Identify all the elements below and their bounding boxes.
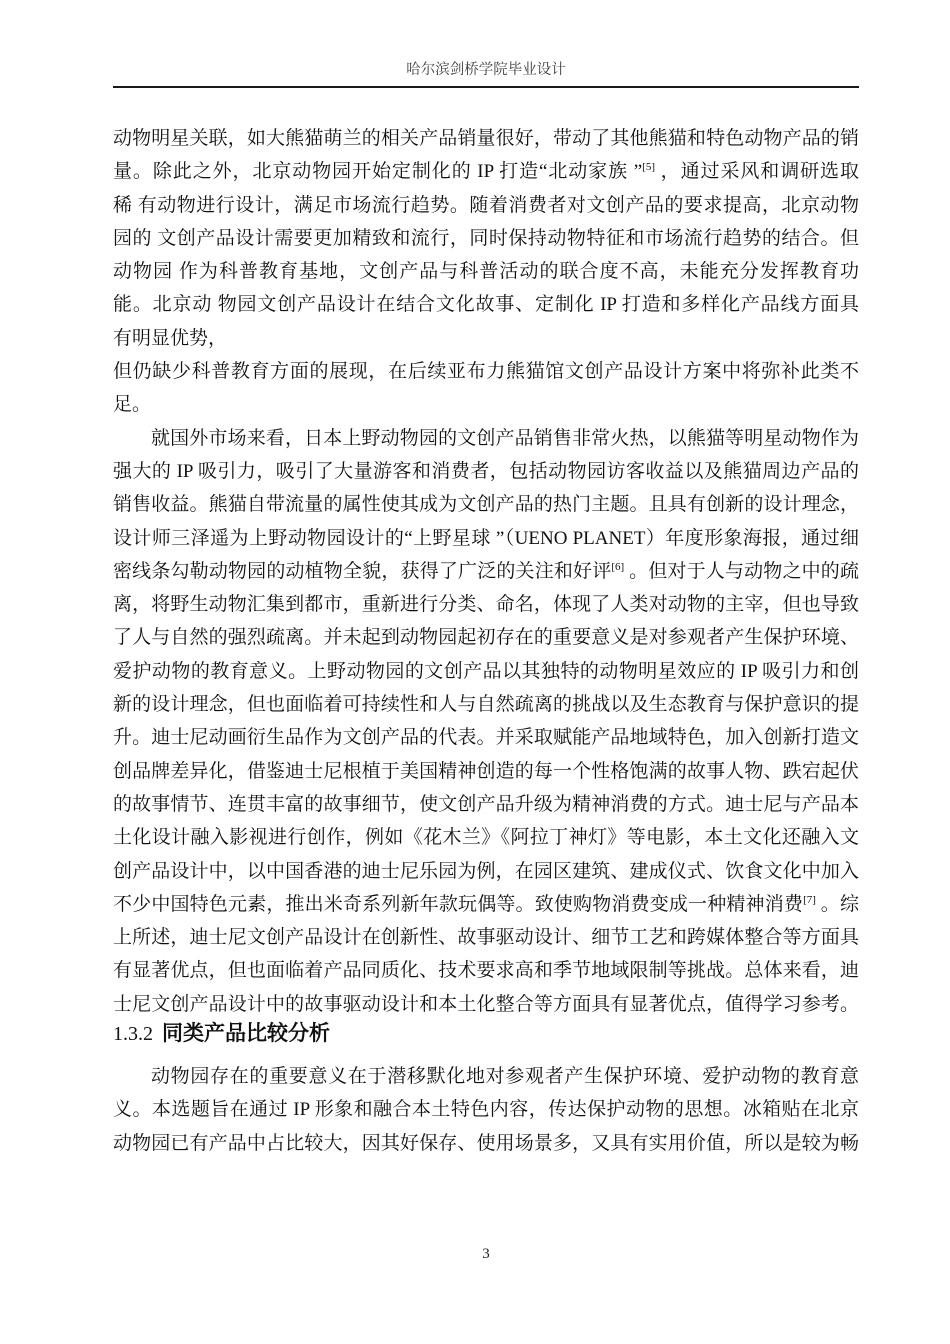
text-line: 密线条勾勒动物园的动植物全貌，获得了广泛的关注和好评[6] 。但对于人与动物之中… <box>113 555 859 588</box>
text-line: 爱护动物的教育意义。上野动物园的文创产品以其独特的动物明星效应的 IP 吸引力和… <box>113 655 859 688</box>
text-line: 创品牌差异化，借鉴迪士尼根植于美国精神创造的每一个性格饱满的故事人物、跌宕起伏 <box>113 755 859 788</box>
paragraph: 动物明星关联，如大熊猫萌兰的相关产品销量很好，带动了其他熊猫和特色动物产品的销量… <box>113 122 859 422</box>
section-heading-number: 1.3.2 <box>113 1023 153 1045</box>
text-line: 稀 有动物进行设计，满足市场流行趋势。随着消费者对文创产品的要求提高，北京动物 <box>113 189 859 222</box>
text-line: 但仍缺少科普教育方面的展现，在后续亚布力熊猫馆文创产品设计方案中将弥补此类不 <box>113 355 859 388</box>
text-line: 设计师三泽遥为上野动物园设计的“上野星球 ”（UENO PLANET）年度形象海… <box>113 522 859 555</box>
text-line: 园的 文创产品设计需要更加精致和流行，同时保持动物特征和市场流行趋势的结合。但 <box>113 222 859 255</box>
text-line: 升。迪士尼动画衍生品作为文创产品的代表。并采取赋能产品地域特色，加入创新打造文 <box>113 721 859 754</box>
text-line: 新的设计理念，但也面临着可持续性和人与自然疏离的挑战以及生态教育与保护意识的提 <box>113 688 859 721</box>
text-line: 创产品设计中，以中国香港的迪士尼乐园为例，在园区建筑、建成仪式、饮食文化中加入 <box>113 855 859 888</box>
citation-superscript: [5] <box>642 161 655 173</box>
header-title: 哈尔滨剑桥学院毕业设计 <box>406 62 566 78</box>
text-line: 士尼文创产品设计中的故事驱动设计和本土化整合等方面具有显著优点，值得学习参考。 <box>113 988 859 1021</box>
text-line: 强大的 IP 吸引力，吸引了大量游客和消费者，包括动物园访客收益以及熊猫周边产品… <box>113 455 859 488</box>
paragraph: 动物园存在的重要意义在于潜移默化地对参观者产生保护环境、爱护动物的教育意义。本选… <box>113 1060 859 1160</box>
text-line: 有显著优点，但也面临着产品同质化、技术要求高和季节地域限制等挑战。总体来看，迪 <box>113 954 859 987</box>
text-line: 了人与自然的强烈疏离。并未起到动物园起初存在的重要意义是对参观者产生保护环境、 <box>113 621 859 654</box>
page-number: 3 <box>113 1246 859 1263</box>
text-line: 动物园存在的重要意义在于潜移默化地对参观者产生保护环境、爱护动物的教育意 <box>113 1060 859 1093</box>
paragraph: 就国外市场来看，日本上野动物园的文创产品销售非常火热，以熊猫等明星动物作为强大的… <box>113 422 859 1021</box>
document-body: 动物明星关联，如大熊猫萌兰的相关产品销量很好，带动了其他熊猫和特色动物产品的销量… <box>113 122 859 1160</box>
text-line: 销售收益。熊猫自带流量的属性使其成为文创产品的热门主题。且具有创新的设计理念， <box>113 488 859 521</box>
section-heading: 1.3.2同类产品比较分析 <box>113 1019 859 1050</box>
text-line: 就国外市场来看，日本上野动物园的文创产品销售非常火热，以熊猫等明星动物作为 <box>113 422 859 455</box>
text-line: 动物园 作为科普教育基地，文创产品与科普活动的联合度不高，未能充分发挥教育功 <box>113 255 859 288</box>
text-line: 能。北京动 物园文创产品设计在结合文化故事、定制化 IP 打造和多样化产品线方面… <box>113 288 859 321</box>
text-line: 的故事情节、连贯丰富的故事细节，使文创产品升级为精神消费的方式。迪士尼与产品本 <box>113 788 859 821</box>
text-line: 不少中国特色元素，推出米奇系列新年款玩偶等。致使购物消费变成一种精神消费[7] … <box>113 888 859 921</box>
text-line: 土化设计融入影视进行创作，例如《花木兰》《阿拉丁神灯》等电影，本土文化还融入文 <box>113 821 859 854</box>
text-line: 离，将野生动物汇集到都市，重新进行分类、命名，体现了人类对动物的主宰，但也导致 <box>113 588 859 621</box>
text-line: 动物园已有产品中占比较大，因其好保存、使用场景多，又具有实用价值，所以是较为畅 <box>113 1127 859 1160</box>
citation-superscript: [7] <box>803 894 816 906</box>
text-line: 量。除此之外，北京动物园开始定制化的 IP 打造“北动家族 ”[5] ，通过采风… <box>113 155 859 188</box>
text-line: 上所述，迪士尼文创产品设计在创新性、故事驱动设计、细节工艺和跨媒体整合等方面具 <box>113 921 859 954</box>
document-page: 哈尔滨剑桥学院毕业设计 动物明星关联，如大熊猫萌兰的相关产品销量很好，带动了其他… <box>0 0 950 1344</box>
page-header: 哈尔滨剑桥学院毕业设计 <box>113 60 859 88</box>
section-heading-title: 同类产品比较分析 <box>162 1022 330 1045</box>
text-line: 动物明星关联，如大熊猫萌兰的相关产品销量很好，带动了其他熊猫和特色动物产品的销 <box>113 122 859 155</box>
text-line: 义。本选题旨在通过 IP 形象和融合本土特色内容，传达保护动物的思想。冰箱贴在北… <box>113 1093 859 1126</box>
text-line: 足。 <box>113 388 859 421</box>
text-line: 有明显优势， <box>113 322 859 355</box>
citation-superscript: [6] <box>611 561 624 573</box>
